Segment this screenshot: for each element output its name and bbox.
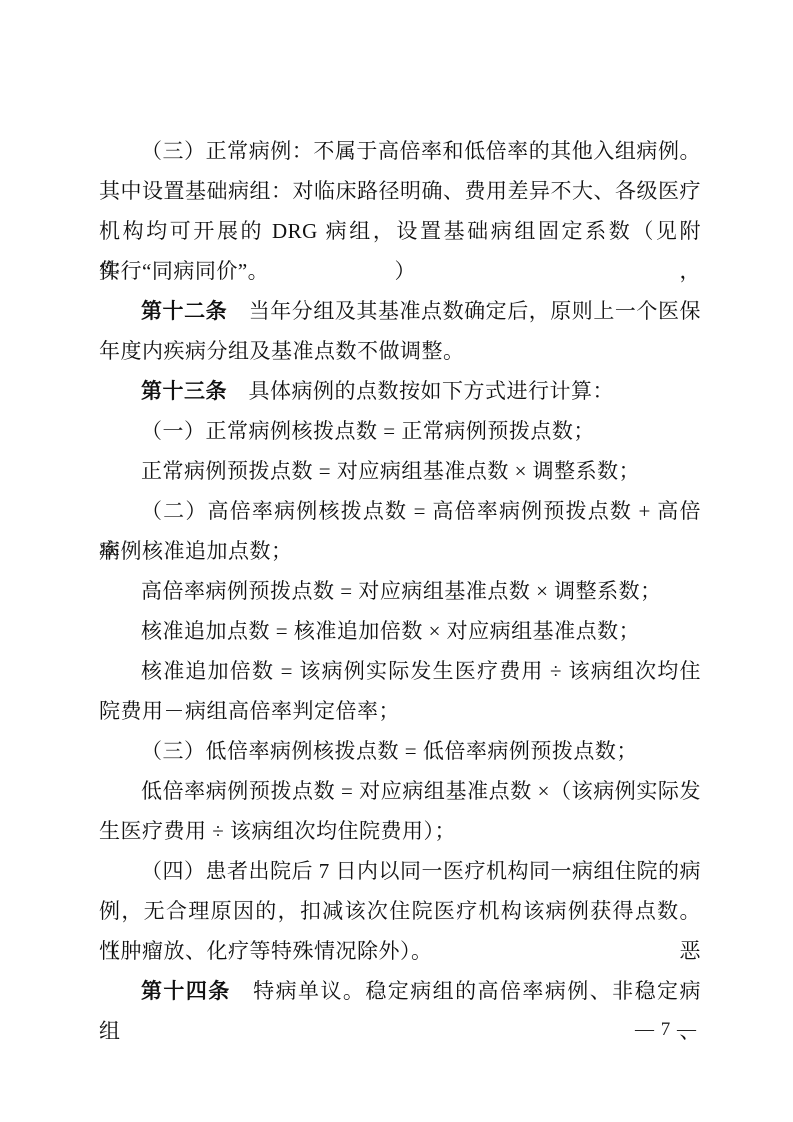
line-text: 当年分组及其基准点数确定后，原则上一个医保	[227, 299, 701, 323]
document-body: （三）正常病例：不属于高倍率和低倍率的其他入组病例。其中设置基础病组：对临床路径…	[99, 131, 701, 1011]
document-line: 核准追加点数 = 核准追加倍数 × 对应病组基准点数；	[99, 611, 701, 651]
document-line: （四）患者出院后 7 日内以同一医疗机构同一病组住院的病	[99, 851, 701, 891]
document-line: 高倍率病例预拨点数 = 对应病组基准点数 × 调整系数；	[99, 571, 701, 611]
page-number: — 7 —	[635, 1010, 697, 1050]
article-number: 第十三条	[141, 379, 227, 403]
document-line: 年度内疾病分组及基准点数不做调整。	[99, 331, 701, 371]
document-line: （三）正常病例：不属于高倍率和低倍率的其他入组病例。	[99, 131, 701, 171]
article-number: 第十四条	[141, 979, 231, 1003]
article-number: 第十二条	[141, 299, 227, 323]
document-line: 其中设置基础病组：对临床路径明确、费用差异不大、各级医疗	[99, 171, 701, 211]
document-line: 第十三条 具体病例的点数按如下方式进行计算：	[99, 371, 701, 411]
document-line: （二）高倍率病例核拨点数 = 高倍率病例预拨点数 + 高倍率	[99, 491, 701, 531]
document-line: 低倍率病例预拨点数 = 对应病组基准点数 ×（该病例实际发	[99, 771, 701, 811]
document-line: （三）低倍率病例核拨点数 = 低倍率病例预拨点数；	[99, 731, 701, 771]
document-line: 生医疗费用 ÷ 该病组次均住院费用）；	[99, 811, 701, 851]
document-line: （一）正常病例核拨点数 = 正常病例预拨点数；	[99, 411, 701, 451]
document-line: 院费用－病组高倍率判定倍率；	[99, 691, 701, 731]
document-line: 机构均可开展的 DRG 病组，设置基础病组固定系数（见附件），	[99, 211, 701, 251]
document-line: 第十四条 特病单议。稳定病组的高倍率病例、非稳定病组、	[99, 971, 701, 1011]
document-page: （三）正常病例：不属于高倍率和低倍率的其他入组病例。其中设置基础病组：对临床路径…	[0, 0, 793, 1122]
document-line: 核准追加倍数 = 该病例实际发生医疗费用 ÷ 该病组次均住	[99, 651, 701, 691]
document-line: 病例核准追加点数；	[99, 531, 701, 571]
document-line: 正常病例预拨点数 = 对应病组基准点数 × 调整系数；	[99, 451, 701, 491]
document-line: 例，无合理原因的，扣减该次住院医疗机构该病例获得点数。（恶	[99, 891, 701, 931]
line-text: 具体病例的点数按如下方式进行计算：	[227, 379, 614, 403]
document-line: 第十二条 当年分组及其基准点数确定后，原则上一个医保	[99, 291, 701, 331]
